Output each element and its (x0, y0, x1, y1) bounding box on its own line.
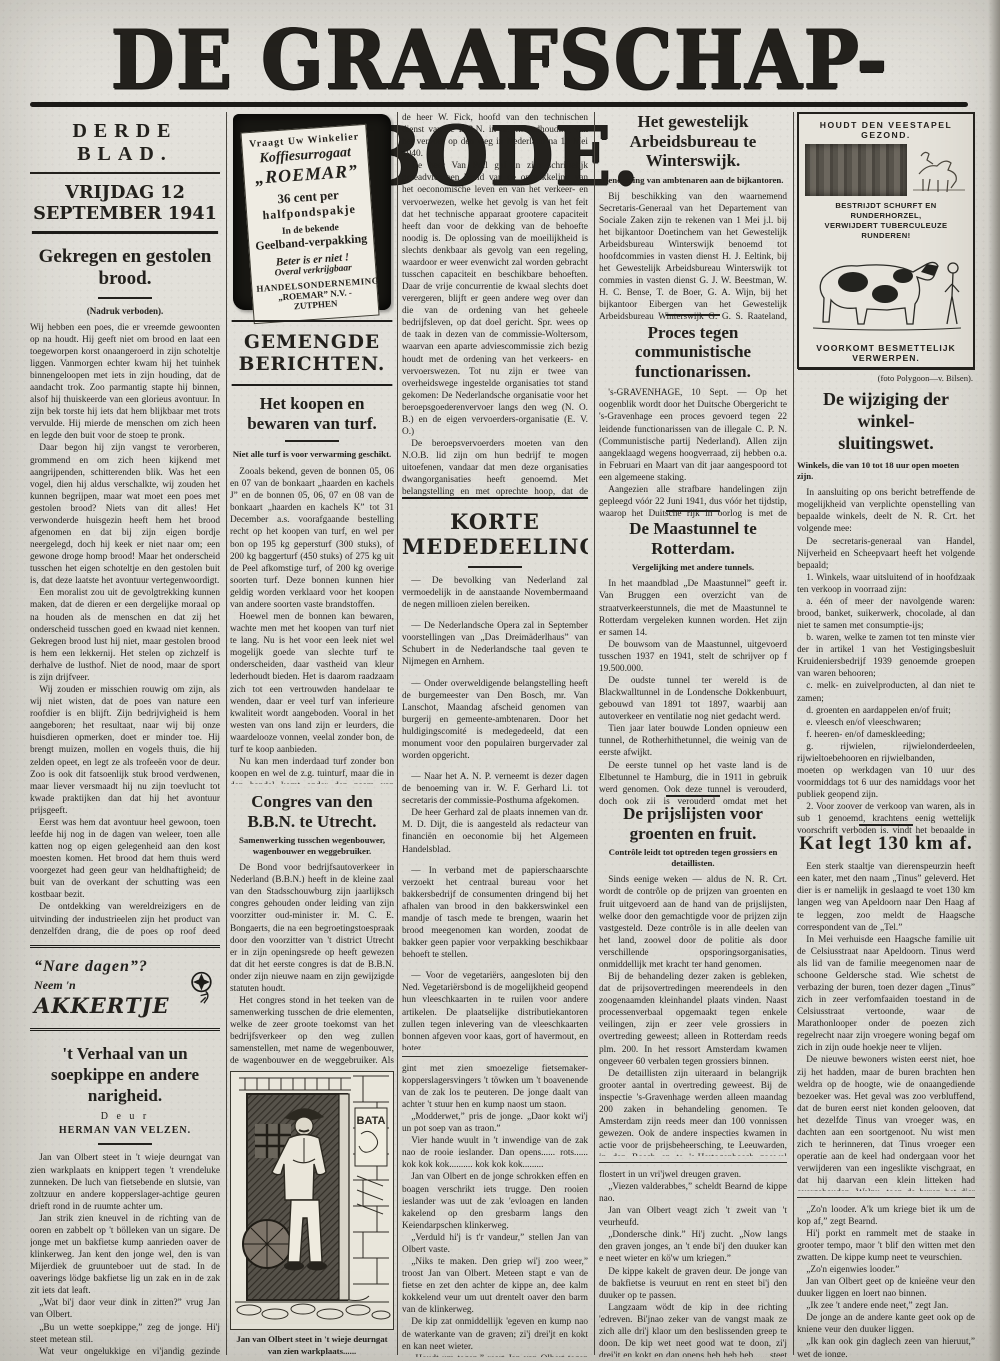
korte-mededeelingen: KORTE MEDEDEELINGEN. — De bevolking van … (402, 497, 588, 1050)
horse-sketch-icon (911, 144, 967, 196)
column-divider (793, 112, 794, 1355)
story-body-col1: Jan van Olbert steet in 't wieje deurnga… (30, 1152, 220, 1357)
illustration-caption: Jan van Olbert steet in 't wieje deurnga… (230, 1334, 394, 1357)
masthead-rule (30, 102, 968, 107)
story-author: HERMAN VAN VELZEN. (30, 1125, 220, 1136)
scan-edge-shadow (988, 0, 1000, 1361)
article-bread-note: (Nadruk verboden). (30, 306, 220, 316)
column-1: DERDE BLAD. VRIJDAG 12 SEPTEMBER 1941 Ge… (30, 112, 220, 1357)
article-turf-subtitle: Niet alle turf is voor verwarming geschi… (230, 449, 394, 460)
divider-rule (285, 440, 339, 442)
cattle-ad-mid: BESTRIJDT SCHURFT EN RUNDERHORZEL, VERWI… (805, 201, 967, 240)
article-prijslijsten-title: De prijslijsten voor groenten en fruit. (599, 804, 787, 843)
article-turf-body: Zooals bekend, geven de bonnen 05, 06 en… (230, 466, 394, 784)
workshop-illustration-drawing: BATA (231, 1072, 393, 1324)
article-arbeidsbureau-subtitle: Benoeming van ambtenaren aan de bijkanto… (599, 175, 787, 186)
korte-item: — Naar het A. N. P. verneemt is dezer da… (402, 771, 588, 856)
korte-title: KORTE MEDEDEELINGEN. (402, 497, 588, 559)
article-kat-title: Kat legt 130 km af. (797, 833, 975, 855)
section-rule (599, 1162, 787, 1163)
column-3: de heer W. Fick, hoofd van den technisch… (402, 112, 588, 1357)
story-title: 't Verhaal van un soepkippe en andere na… (30, 1043, 220, 1107)
story-by-label: D e u r (30, 1111, 220, 1122)
article-kat: Kat legt 130 km af. Een sterk staaltje v… (797, 833, 975, 1191)
article-bread-body: Wij hebben een poes, die er vreemde gewo… (30, 322, 220, 937)
akkertje-ad-text: “Nare dagen”? Neem 'n AKKERTJE (34, 958, 187, 1018)
article-prijslijsten-body: Sinds eenige weken — aldus de N. R. Crt.… (599, 874, 787, 1156)
article-maastunnel-title: De Maastunnel te Rotterdam. (599, 519, 787, 558)
article-maastunnel-subtitle: Vergelijking met andere tunnels. (599, 562, 787, 573)
cattle-ad-mid1: BESTRIJDT SCHURFT EN RUNDERHORZEL, (805, 201, 967, 221)
stable-photo (805, 144, 907, 196)
cattle-ad-mid2: VERWIJDERT TUBERCULEUZE RUNDEREN! (805, 221, 967, 241)
section-rule (402, 1056, 588, 1057)
article-proces-body: 's-GRAVENHAGE, 10 Sept. — Op het oogenbl… (599, 387, 787, 503)
article-turf: Het koopen en bewaren van turf. Niet all… (230, 394, 394, 784)
photo-credit: (foto Polygoon—v. Bilsen). (799, 373, 973, 383)
akkertje-ad-line1: “Nare dagen”? (34, 958, 187, 976)
article-winkelsluiting-body: In aansluiting op ons bericht betreffend… (797, 487, 975, 817)
article-congres-title: Congres van den B.B.N. te Utrecht. (230, 792, 394, 831)
continuation-bbn-body: de heer W. Fick, hoofd van den technisch… (402, 112, 588, 497)
article-winkelsluiting: De wijziging der winkel- sluitingswet. W… (797, 389, 975, 833)
divider-rule (468, 566, 522, 568)
korte-items: — De bevolking van Nederland zal vermoed… (402, 575, 588, 1050)
article-winkelsluiting-subtitle: Winkels, die van 10 tot 18 uur open moet… (797, 460, 975, 482)
roemar-ad: Vraagt Uw Winkelier Koffiesurrogaat „ROE… (233, 114, 391, 310)
article-prijslijsten: De prijslijsten voor groenten en fruit. … (599, 804, 787, 1156)
column-2: Vraagt Uw Winkelier Koffiesurrogaat „ROE… (230, 112, 394, 1357)
column-divider (594, 112, 595, 1355)
article-bread: Gekregen en gestolen brood. (Nadruk verb… (30, 246, 220, 937)
korte-item: — De bevolking van Nederland zal vermoed… (402, 575, 588, 611)
cattle-health-ad: HOUDT DEN VEESTAPEL GEZOND. BESTRIJDT SC… (797, 112, 975, 369)
column-divider (226, 112, 227, 1355)
article-arbeidsbureau-body: Bij beschikking van den waarnemend Secre… (599, 191, 787, 307)
article-winkelsluiting-title: De wijziging der winkel- sluitingswet. (797, 389, 975, 454)
divider-rule (98, 297, 152, 299)
article-proces: Proces tegen communistische functionaris… (599, 323, 787, 520)
section-header-gemengde: GEMENGDE BERICHTEN. (232, 320, 393, 386)
article-arbeidsbureau: Het gewestelijk Arbeidsbureau te Winters… (599, 112, 787, 323)
cattle-ad-bottom: VOORKOMT BESMETTELIJK VERWERPEN. (805, 343, 967, 363)
article-maastunnel-body: In het maandblad „De Maastunnel” geeft i… (599, 578, 787, 788)
korte-item: — Voor de vegetariërs, aangesloten bij d… (402, 970, 588, 1050)
article-congres: Congres van den B.B.N. te Utrecht. Samen… (230, 792, 394, 1067)
poster-sign-text: BATA (357, 1115, 386, 1127)
workshop-illustration: BATA (230, 1071, 394, 1330)
column-divider (397, 112, 398, 1355)
korte-item: — De Nederlandsche Opera zal in Septembe… (402, 620, 588, 668)
article-kat-body: Een sterk staaltje van dierenspeurzin he… (797, 861, 975, 1191)
article-arbeidsbureau-title: Het gewestelijk Arbeidsbureau te Winters… (599, 112, 787, 171)
article-maastunnel: De Maastunnel te Rotterdam. Vergelijking… (599, 519, 787, 804)
cattle-ad-photos (805, 144, 967, 196)
article-turf-title: Het koopen en bewaren van turf. (230, 394, 394, 433)
roemar-ad-panel: Vraagt Uw Winkelier Koffiesurrogaat „ROE… (240, 124, 379, 324)
korte-item: — Onder overweldigende belangstelling he… (402, 678, 588, 763)
column-4: Het gewestelijk Arbeidsbureau te Winters… (599, 112, 787, 1357)
article-prijslijsten-subtitle: Contrôle leidt tot optreden tegen grossi… (599, 847, 787, 869)
article-congres-subtitle: Samenwerking tusschen wegenbouwer, wagen… (230, 835, 394, 857)
story-body-col5: „Zo'n looder. A'k um kriege biet ik um d… (797, 1204, 975, 1357)
akkertje-logo-icon (187, 968, 216, 1008)
article-congres-body: De Bond voor bedrijfsautoverkeer in Nede… (230, 862, 394, 1067)
story-body-col3: gint met zien smoezelige fietsemaker-kop… (402, 1063, 588, 1357)
story-head-block: 't Verhaal van un soepkippe en andere na… (30, 1035, 220, 1153)
akkertje-ad-line2: Neem 'n AKKERTJE (34, 978, 187, 1018)
korte-item: — In verband met de papierschaarschte ve… (402, 865, 588, 962)
article-proces-title: Proces tegen communistische functionaris… (599, 323, 787, 382)
divider-rule (98, 1143, 152, 1145)
column-5: HOUDT DEN VEESTAPEL GEZOND. BESTRIJDT SC… (797, 112, 975, 1357)
akkertje-ad-neem: Neem 'n (34, 978, 76, 992)
story-body-col4: flostert in un vri'jwel dreugen graven. … (599, 1169, 787, 1357)
akkertje-brand: AKKERTJE (34, 993, 169, 1018)
akkertje-ad: “Nare dagen”? Neem 'n AKKERTJE (30, 945, 220, 1031)
cow-drawing (805, 240, 969, 336)
cattle-ad-headline: HOUDT DEN VEESTAPEL GEZOND. (805, 120, 967, 140)
article-bread-title: Gekregen en gestolen brood. (30, 246, 220, 290)
edition-label: DERDE BLAD. (30, 112, 220, 174)
edition-date: VRIJDAG 12 SEPTEMBER 1941 (32, 174, 218, 234)
